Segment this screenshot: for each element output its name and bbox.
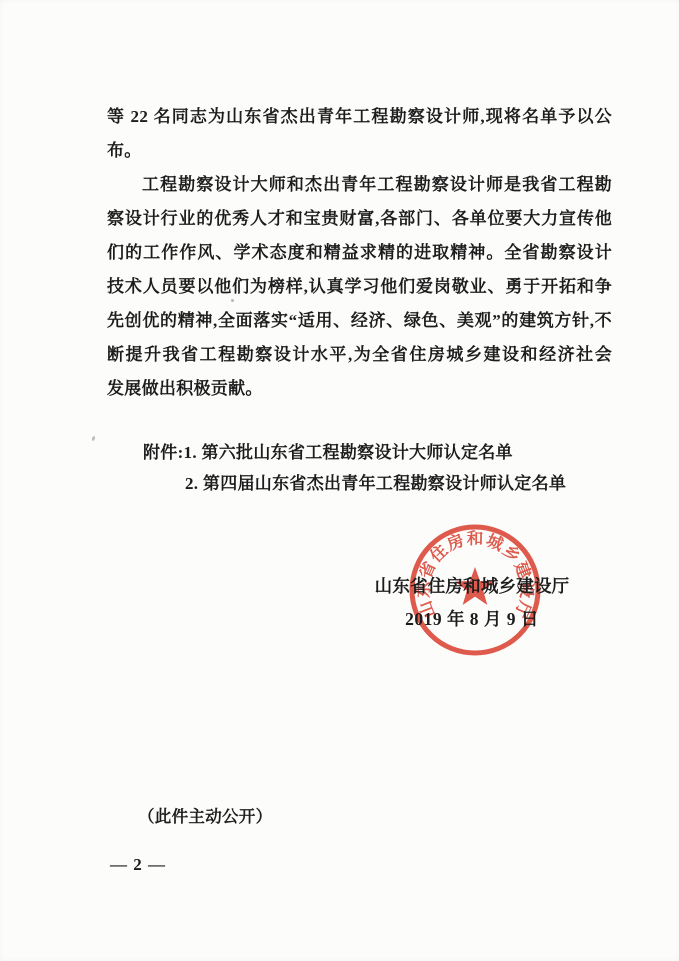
page-number: — 2 — — [110, 852, 166, 878]
body-text-line: 察设计行业的优秀人才和宝贵财富,各部门、各单位要大力宣传他 — [107, 202, 612, 236]
body-text-line: 技术人员要以他们为榜样,认真学习他们爱岗敬业、勇于开拓和争 — [107, 270, 612, 304]
signature-block: 山东省住房和城乡建设厅 2019 年 8 月 9 日 — [362, 575, 582, 631]
body-text-line: 断提升我省工程勘察设计水平,为全省住房城乡建设和经济社会 — [107, 338, 612, 372]
body-text-line: 布。 — [107, 134, 612, 168]
attachment-item: 附件:1. 第六批山东省工程勘察设计大师认定名单 — [143, 437, 566, 468]
attachment-item: 2. 第四届山东省杰出青年工程勘察设计师认定名单 — [185, 468, 566, 499]
scan-speck — [91, 436, 96, 442]
body-text-line: 工程勘察设计大师和杰出青年工程勘察设计师是我省工程勘 — [107, 168, 612, 202]
attachment-list: 附件:1. 第六批山东省工程勘察设计大师认定名单 2. 第四届山东省杰出青年工程… — [143, 437, 566, 499]
issue-date: 2019 年 8 月 9 日 — [362, 608, 582, 631]
disclosure-notice: （此件主动公开） — [138, 804, 272, 830]
body-text-line: 发展做出积极贡献。 — [107, 372, 612, 406]
body-text-line: 等 22 名同志为山东省杰出青年工程勘察设计师,现将名单予以公 — [107, 100, 612, 134]
scanned-document-page: 等 22 名同志为山东省杰出青年工程勘察设计师,现将名单予以公 布。 工程勘察设… — [0, 0, 679, 961]
body-text-line: 们的工作作风、学术态度和精益求精的进取精神。全省勘察设计 — [107, 236, 612, 270]
scan-speck — [231, 299, 234, 302]
body-text-line: 先创优的精神,全面落实“适用、经济、绿色、美观”的建筑方针,不 — [107, 304, 612, 338]
body-text: 等 22 名同志为山东省杰出青年工程勘察设计师,现将名单予以公 布。 工程勘察设… — [107, 100, 612, 406]
issuing-agency: 山东省住房和城乡建设厅 — [362, 575, 582, 598]
